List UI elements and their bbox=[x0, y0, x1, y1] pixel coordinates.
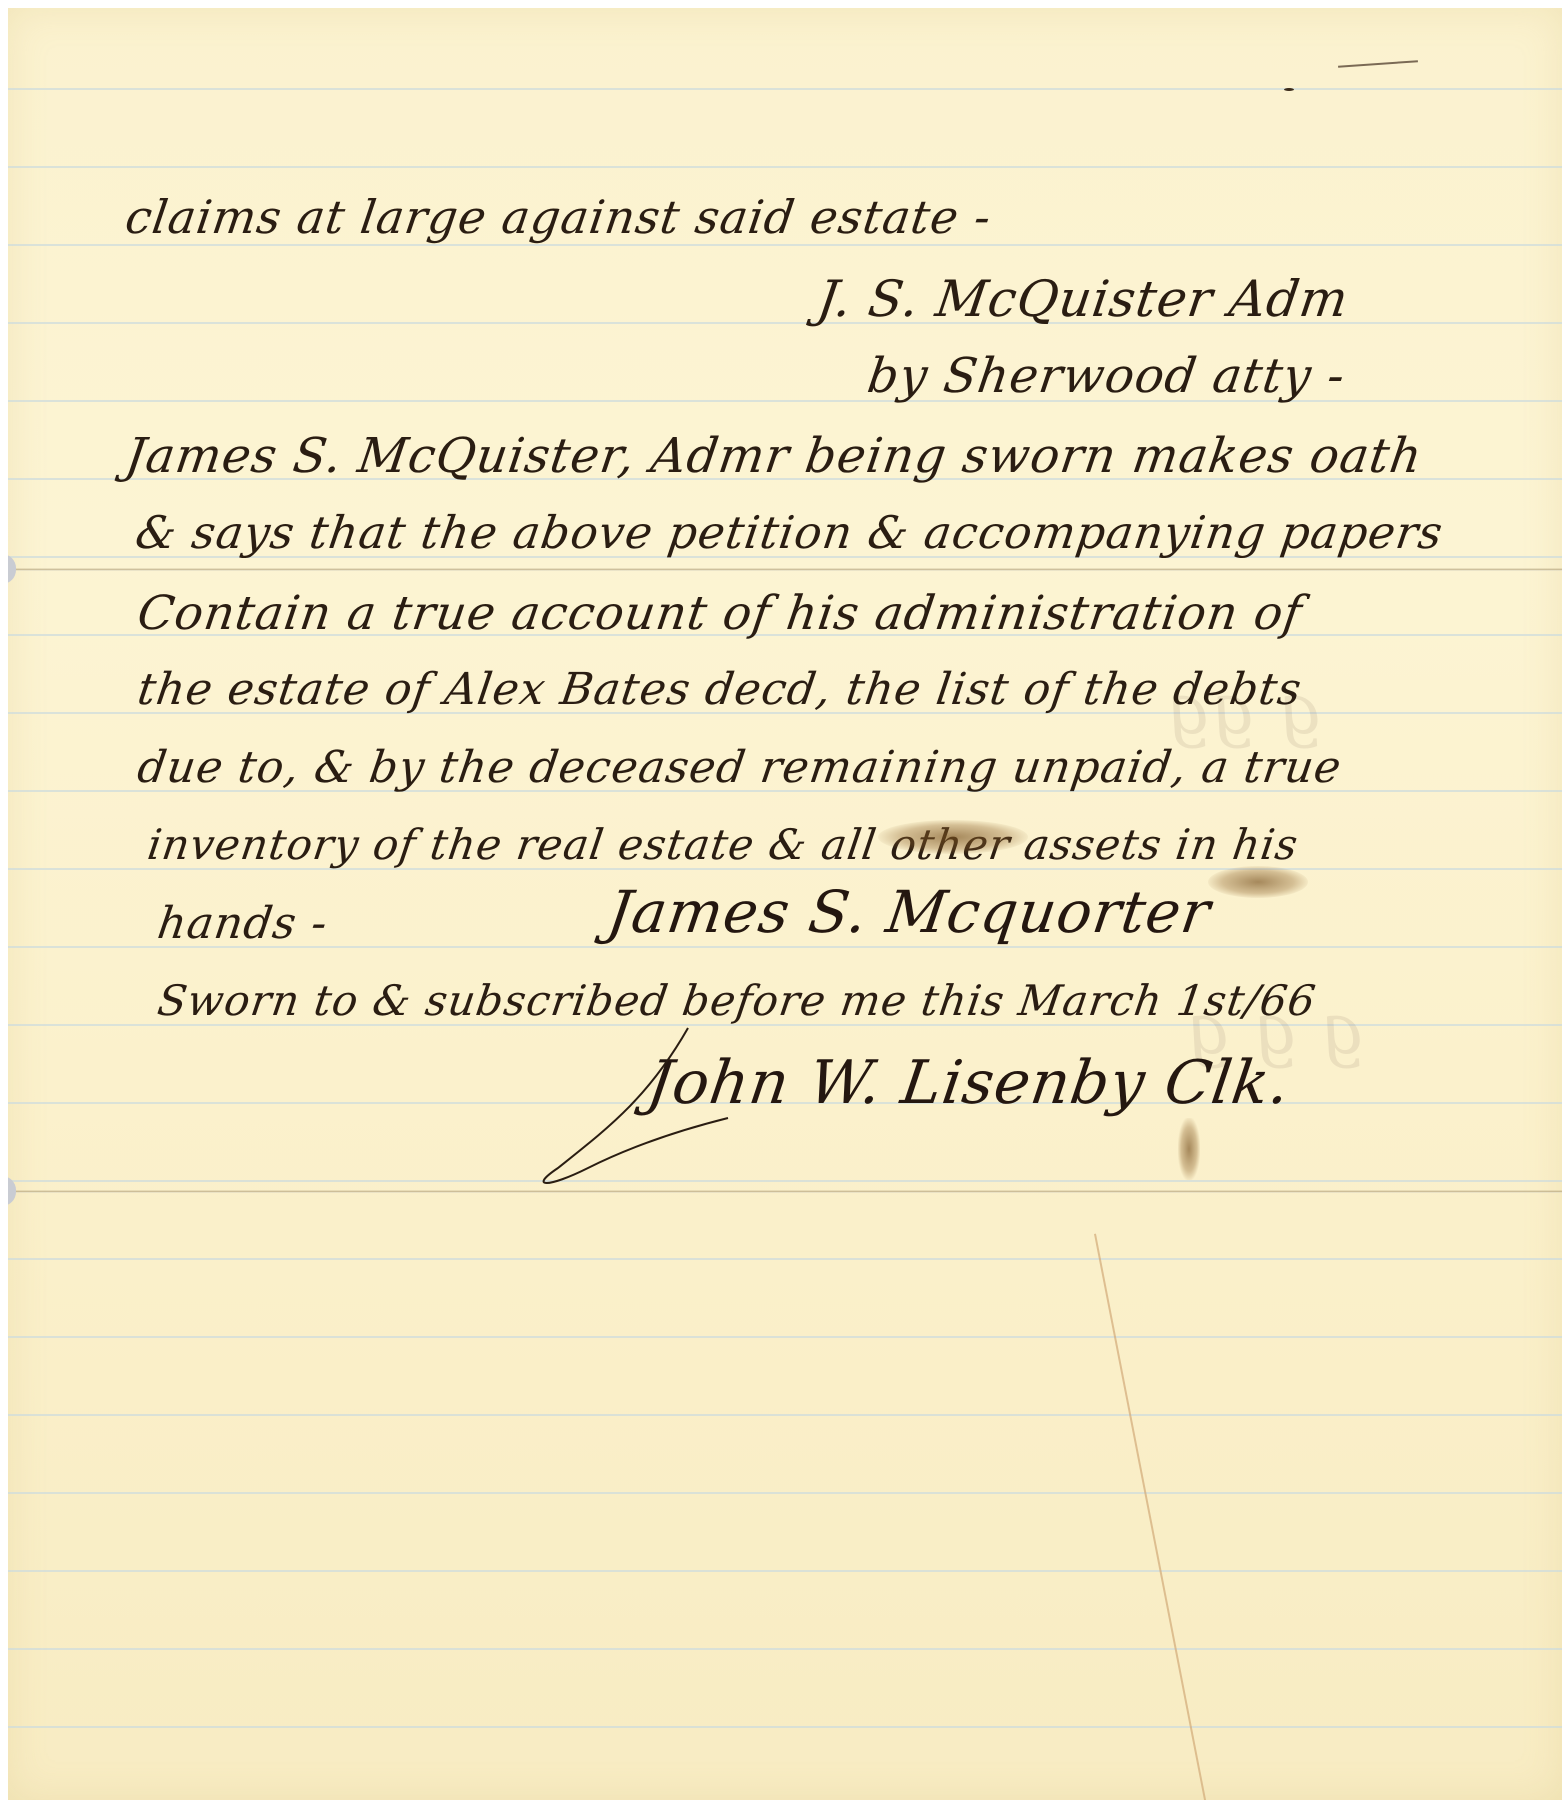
fold-crease bbox=[8, 1190, 1562, 1193]
ruled-line bbox=[8, 1492, 1562, 1494]
ruled-line bbox=[8, 1414, 1562, 1416]
text-line-4: James S. McQuister, Admr being sworn mak… bbox=[122, 428, 1426, 484]
ruled-line bbox=[8, 244, 1562, 246]
signature-flourish bbox=[528, 1018, 788, 1188]
ruled-line bbox=[8, 1258, 1562, 1260]
ink-stain bbox=[878, 820, 1028, 854]
text-line-5: & says that the above petition & accompa… bbox=[132, 506, 1446, 559]
fold-crease bbox=[8, 568, 1562, 571]
fold-notch bbox=[8, 554, 16, 584]
ink-speck bbox=[1284, 88, 1294, 91]
ink-stain bbox=[1208, 866, 1308, 898]
text-line-2: J. S. McQuister Adm bbox=[814, 270, 1352, 328]
ruled-line bbox=[8, 1336, 1562, 1338]
text-line-10: hands - bbox=[154, 898, 331, 949]
affiant-signature: James S. Mcquorter bbox=[603, 878, 1215, 946]
paper-crack bbox=[1094, 1234, 1207, 1800]
pen-mark bbox=[1338, 60, 1418, 68]
ruled-line bbox=[8, 1570, 1562, 1572]
text-line-9: inventory of the real estate & all other… bbox=[145, 820, 1302, 869]
ink-drip bbox=[1178, 1118, 1200, 1180]
text-line-1: claims at large against said estate - bbox=[122, 190, 995, 244]
text-line-7: the estate of Alex Bates decd, the list … bbox=[134, 664, 1305, 715]
text-line-3: by Sherwood atty - bbox=[864, 348, 1349, 404]
ruled-line bbox=[8, 1648, 1562, 1650]
ruled-line bbox=[8, 88, 1562, 90]
ruled-line bbox=[8, 1726, 1562, 1728]
document-page: g gg g g g claims at large against said … bbox=[8, 8, 1562, 1800]
ruled-line bbox=[8, 166, 1562, 168]
text-line-6: Contain a true account of his administra… bbox=[134, 586, 1306, 641]
text-line-8: due to, & by the deceased remaining unpa… bbox=[134, 742, 1345, 793]
